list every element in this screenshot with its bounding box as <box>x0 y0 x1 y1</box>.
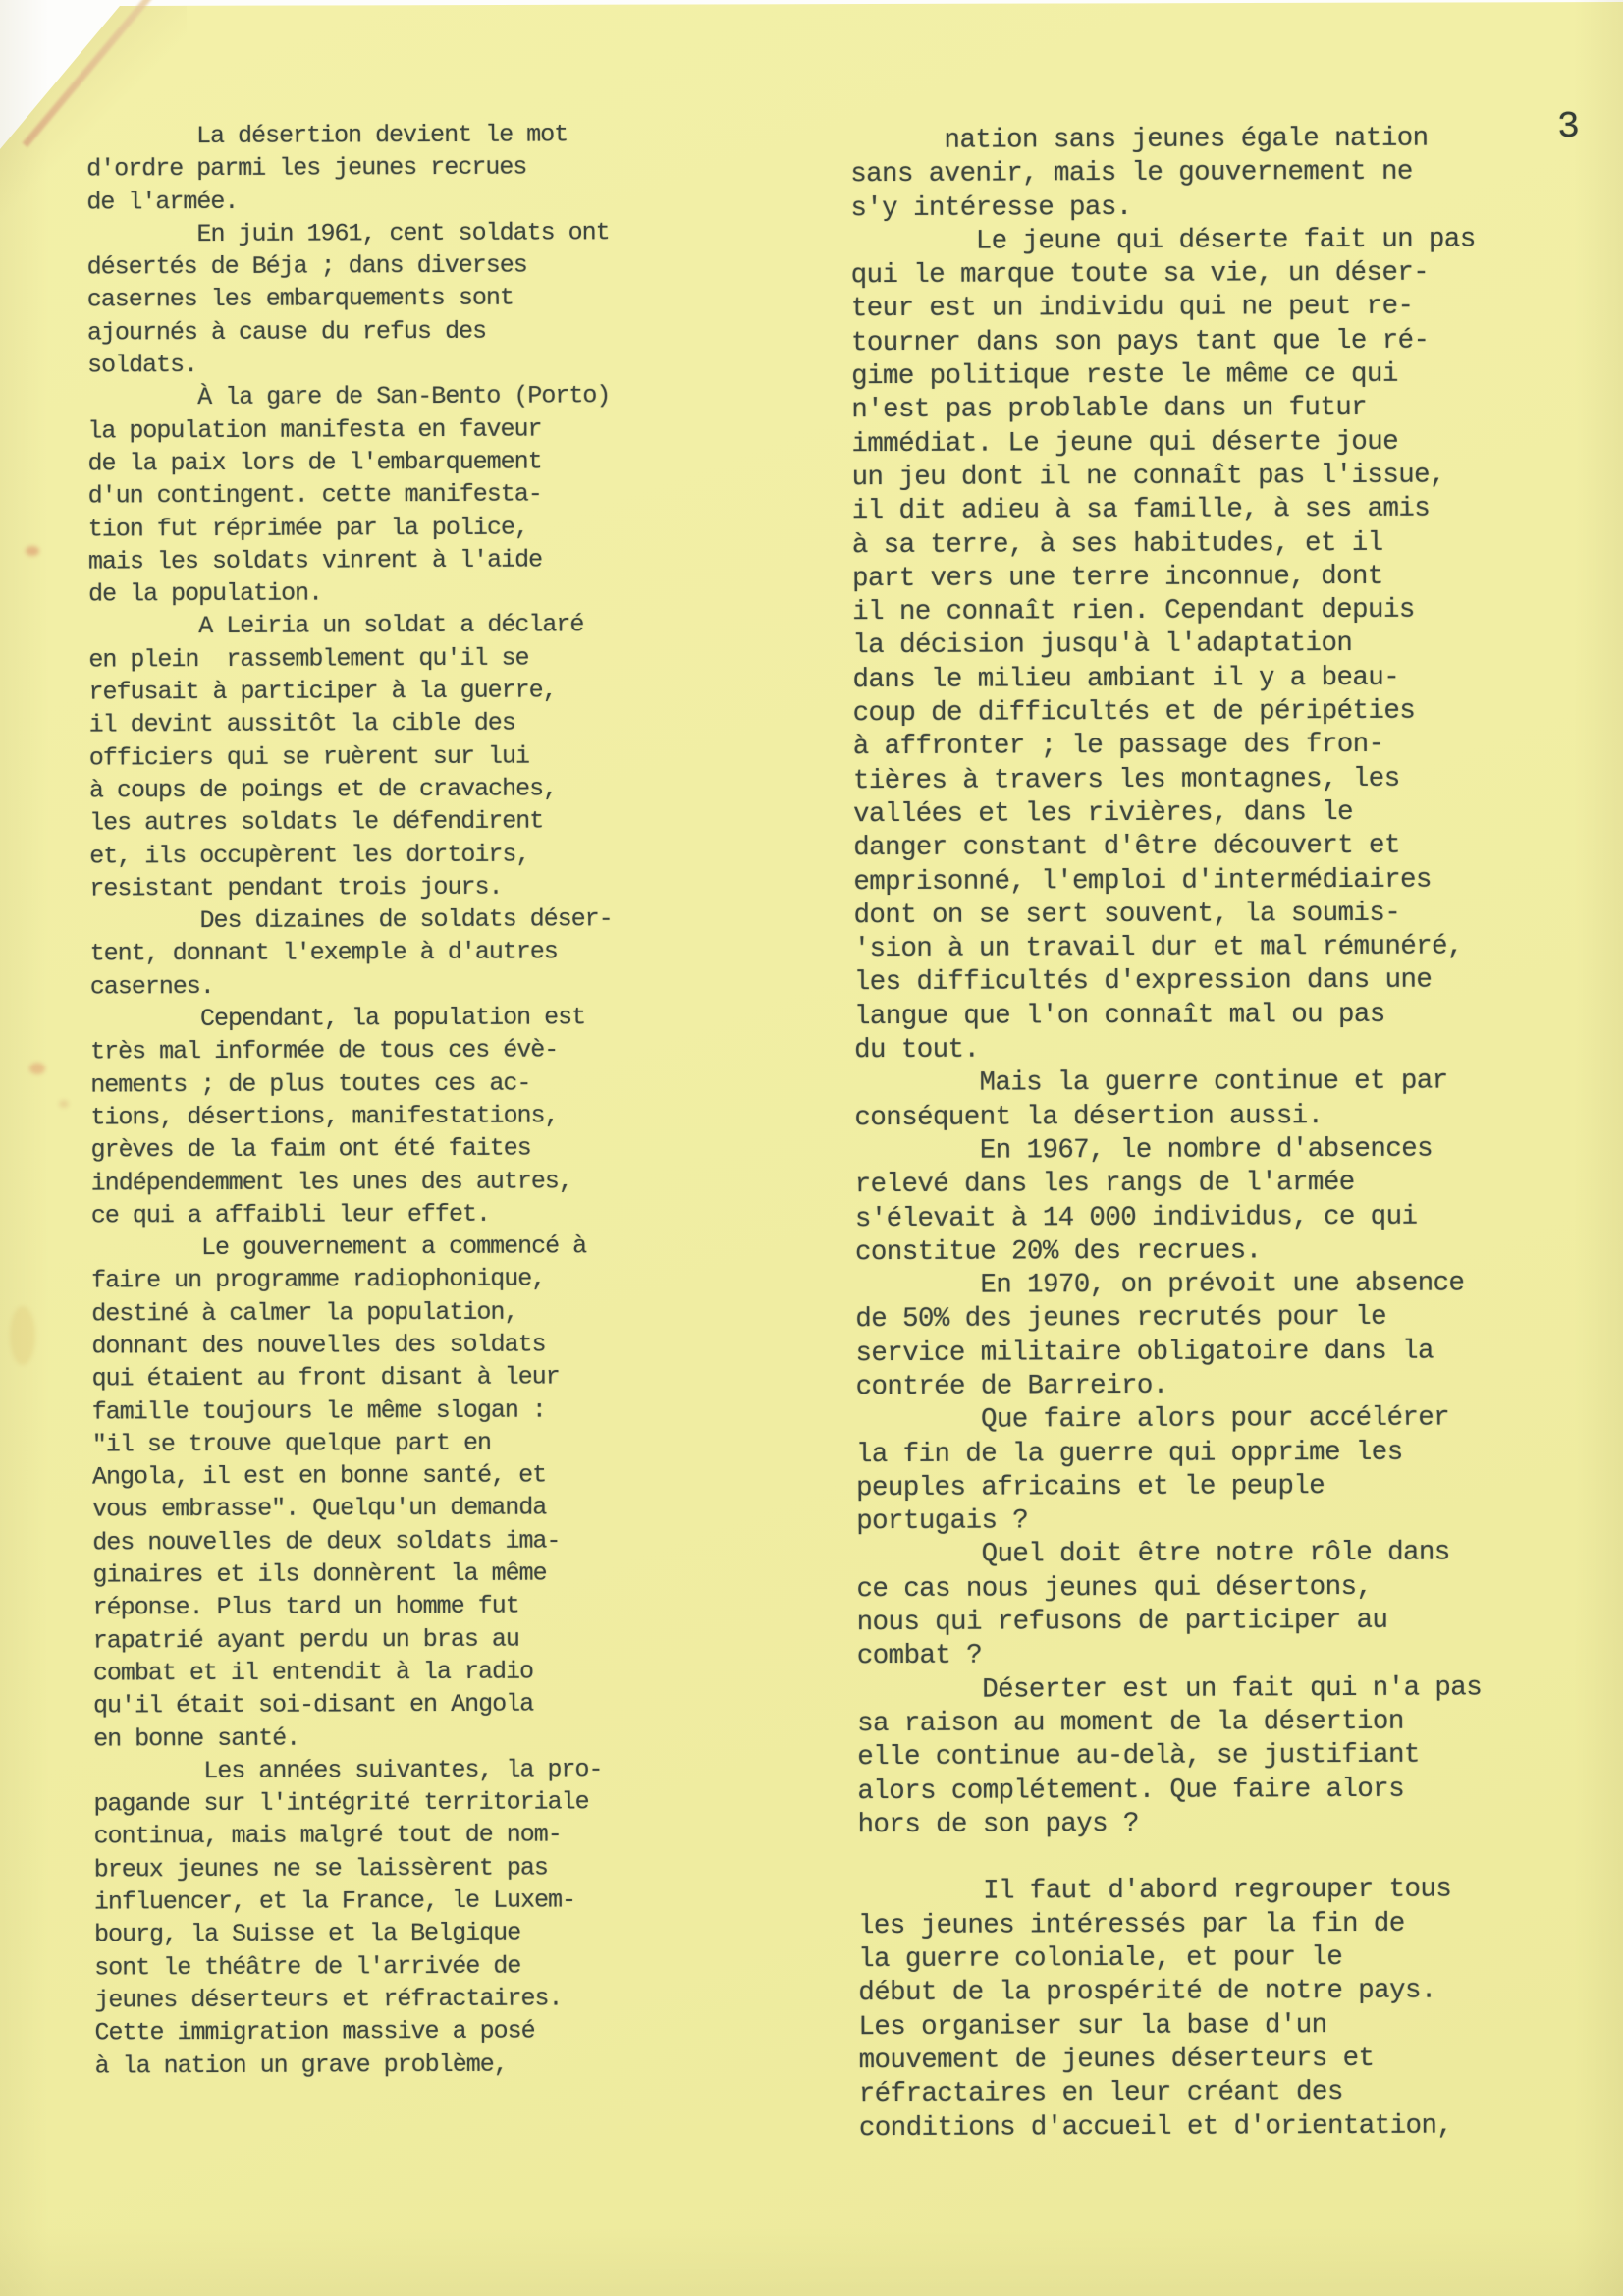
text-line: gime politique reste le même ce qui <box>851 358 1476 395</box>
text-line: combat ? <box>857 1638 1482 1674</box>
text-line: hors de son pays ? <box>858 1806 1483 1842</box>
text-line: mais les soldats vinrent à l'aide <box>88 543 611 578</box>
text-line: conséquent la désertion aussi. <box>854 1099 1479 1135</box>
text-line: ajournés à cause du refus des <box>87 314 610 350</box>
text-line: dans le milieu ambiant il y a beau- <box>852 661 1477 697</box>
text-line: grèves de la faim ont été faites <box>91 1131 614 1167</box>
text-line: qu'il était soi-disant en Angola <box>93 1688 616 1723</box>
text-line: à sa terre, à ses habitudes, et il <box>852 526 1477 563</box>
text-line: n'est pas problable dans un futur <box>851 392 1476 428</box>
text-line: qui étaient au front disant à leur <box>92 1361 615 1396</box>
text-line: constitue 20% des recrues. <box>855 1233 1480 1270</box>
text-line: désertés de Béja ; dans diverses <box>87 248 610 284</box>
text-line: les difficultés d'expression dans une <box>854 964 1479 1001</box>
text-line <box>858 1840 1483 1877</box>
text-line: jeunes déserteurs et réfractaires. <box>94 1982 617 2017</box>
text-column-right: nation sans jeunes égale nationsans aven… <box>850 122 1484 2146</box>
text-line: de 50% des jeunes recrutés pour le <box>855 1301 1480 1338</box>
text-line: A Leiria un soldat a déclaré <box>88 609 611 644</box>
scanned-document: 3 La désertion devient le motd'ordre par… <box>0 0 1623 2296</box>
text-line: les jeunes intéressés par la fin de <box>858 1907 1483 1943</box>
text-line: tions, désertions, manifestations, <box>90 1099 613 1134</box>
text-line: s'y intéresse pas. <box>850 190 1475 226</box>
text-line: conditions d'accueil et d'orientation, <box>859 2109 1484 2146</box>
text-line: Angola, il est en bonne santé, et <box>92 1458 615 1494</box>
text-line: la guerre coloniale, et pour le <box>858 1941 1483 1977</box>
text-line: donnant des nouvelles des soldats <box>91 1328 614 1363</box>
text-line: Cette immigration massive a posé <box>94 2014 617 2050</box>
text-line: Déserter est un fait qui n'a pas <box>857 1671 1482 1708</box>
text-line: s'élevait à 14 000 individus, ce qui <box>855 1200 1480 1236</box>
text-line: part vers une terre inconnue, dont <box>852 560 1477 596</box>
text-line: de la population. <box>88 575 611 611</box>
text-line: Le jeune qui déserte fait un pas <box>850 223 1475 259</box>
text-line: à affronter ; le passage des fron- <box>853 729 1478 765</box>
text-line: ce qui a affaibli leur effet. <box>91 1197 614 1232</box>
text-line: officiers qui se ruèrent sur lui <box>89 739 612 775</box>
text-line: soldats. <box>87 347 610 382</box>
text-line: immédiat. Le jeune qui déserte joue <box>851 425 1476 462</box>
text-line: sa raison au moment de la désertion <box>857 1705 1482 1741</box>
text-line: influencer, et la France, le Luxem- <box>94 1884 617 1919</box>
text-line: Mais la guerre continue et par <box>854 1066 1479 1102</box>
text-line: il ne connaît rien. Cependant depuis <box>852 594 1477 630</box>
text-line: Le gouvernement a commencé à <box>91 1230 614 1265</box>
text-line: contrée de Barreiro. <box>856 1368 1481 1404</box>
text-line: continua, mais malgré tout de nom- <box>94 1819 617 1854</box>
text-line: qui le marque toute sa vie, un déser- <box>851 257 1476 294</box>
text-line: la décision jusqu'à l'adaptation <box>852 628 1477 664</box>
text-line: combat et il entendit à la radio <box>93 1655 616 1690</box>
text-line: À la gare de San-Bento (Porto) <box>87 380 610 415</box>
text-line: des nouvelles de deux soldats ima- <box>92 1524 615 1559</box>
text-line: la population manifesta en faveur <box>87 412 610 448</box>
text-line: ce cas nous jeunes qui désertons, <box>856 1570 1481 1607</box>
text-line: mouvement de jeunes déserteurs et <box>859 2042 1484 2078</box>
text-line: tent, donnant l'exemple à d'autres <box>90 936 613 971</box>
text-line: "il se trouve quelque part en <box>92 1426 615 1461</box>
text-line: réfractaires en leur créant des <box>859 2076 1484 2112</box>
text-line: tion fut réprimée par la police, <box>88 511 611 546</box>
text-line: danger constant d'être découvert et <box>853 830 1478 866</box>
text-line: sans avenir, mais le gouvernement ne <box>850 156 1475 192</box>
text-line: peuples africains et le peuple <box>856 1469 1481 1505</box>
text-line: très mal informée de tous ces évè- <box>90 1034 613 1069</box>
text-line: d'ordre parmi les jeunes recrues <box>86 151 609 187</box>
text-line: dont on se sert souvent, la soumis- <box>853 897 1478 933</box>
text-line: bourg, la Suisse et la Belgique <box>94 1917 617 1952</box>
text-line: pagande sur l'intégrité territoriale <box>93 1785 616 1821</box>
text-line: en plein rassemblement qu'il se <box>88 641 611 677</box>
text-line: 'sion à un travail dur et mal rémunéré, <box>854 931 1479 967</box>
text-line: de l'armée. <box>86 184 609 219</box>
text-line: réponse. Plus tard un homme fut <box>93 1590 616 1625</box>
text-line: destiné à calmer la population, <box>91 1295 614 1331</box>
text-line: La désertion devient le mot <box>86 118 609 153</box>
text-line: resistant pendant trois jours. <box>89 870 612 905</box>
text-line: emprisonné, l'emploi d'intermédiaires <box>853 863 1478 900</box>
text-line: sont le théâtre de l'arrivée de <box>94 1949 617 1985</box>
text-line: portugais ? <box>856 1503 1481 1540</box>
text-line: elle continue au-delà, se justifiant <box>857 1739 1482 1776</box>
text-line: vallées et les rivières, dans le <box>853 795 1478 832</box>
text-line: faire un programme radiophonique, <box>91 1263 614 1298</box>
text-line: casernes les embarquements sont <box>87 282 610 317</box>
text-line: en bonne santé. <box>93 1721 616 1756</box>
text-line: les autres soldats le défendirent <box>89 805 612 841</box>
text-line: de la paix lors de l'embarquement <box>87 445 610 480</box>
text-line: vous embrasse". Quelqu'un demanda <box>92 1492 615 1527</box>
text-line: alors complétement. Que faire alors <box>857 1773 1482 1809</box>
text-line: famille toujours le même slogan : <box>92 1394 615 1429</box>
text-line: il dit adieu à sa famille, à ses amis <box>852 493 1477 529</box>
text-line: nements ; de plus toutes ces ac- <box>90 1066 613 1102</box>
text-line: Les organiser sur la base d'un <box>858 2008 1483 2045</box>
text-line: il devint aussitôt la cible des <box>89 707 612 742</box>
text-column-left: La désertion devient le motd'ordre parmi… <box>86 118 618 2082</box>
text-line: un jeu dont il ne connaît pas l'issue, <box>852 459 1477 495</box>
text-line: teur est un individu qui ne peut re- <box>851 291 1476 327</box>
text-line: Que faire alors pour accélérer <box>856 1402 1481 1439</box>
text-line: nation sans jeunes égale nation <box>850 122 1475 158</box>
text-line: rapatrié ayant perdu un bras au <box>93 1622 616 1658</box>
text-line: En 1970, on prévoit une absence <box>855 1268 1480 1304</box>
text-line: En juin 1961, cent soldats ont <box>86 216 609 251</box>
text-line: relevé dans les rangs de l'armée <box>855 1167 1480 1203</box>
text-line: indépendemment les unes des autres, <box>91 1165 614 1200</box>
text-line: ginaires et ils donnèrent la même <box>92 1557 615 1592</box>
text-line: et, ils occupèrent les dortoirs, <box>89 838 612 873</box>
text-line: langue que l'on connaît mal ou pas <box>854 998 1479 1034</box>
text-line: Cependant, la population est <box>90 1001 613 1036</box>
text-line: casernes. <box>90 968 613 1004</box>
text-line: Des dizaines de soldats déser- <box>89 902 612 938</box>
text-line: tières à travers les montagnes, les <box>853 762 1478 798</box>
text-line: service militaire obligatoire dans la <box>855 1335 1480 1371</box>
text-line: à la nation un grave problème, <box>95 2048 618 2083</box>
text-line: coup de difficultés et de péripéties <box>853 694 1478 731</box>
text-line: Les années suivantes, la pro- <box>93 1753 616 1788</box>
text-line: breux jeunes ne se laissèrent pas <box>94 1851 617 1886</box>
typewritten-text: 3 La désertion devient le motd'ordre par… <box>0 0 1623 2296</box>
text-line: la fin de la guerre qui opprime les <box>856 1436 1481 1472</box>
text-line: début de la prospérité de notre pays. <box>858 1975 1483 2011</box>
text-line: Quel doit être notre rôle dans <box>856 1537 1481 1573</box>
text-line: nous qui refusons de participer au <box>857 1604 1482 1640</box>
text-line: tourner dans son pays tant que le ré- <box>851 324 1476 360</box>
text-line: refusait à participer à la guerre, <box>88 674 611 709</box>
text-line: d'un contingent. cette manifesta- <box>88 478 611 514</box>
text-line: Il faut d'abord regrouper tous <box>858 1874 1483 1910</box>
text-line: à coups de poings et de cravaches, <box>89 772 612 807</box>
text-line: En 1967, le nombre d'absences <box>855 1132 1480 1169</box>
text-line: du tout. <box>854 1031 1479 1067</box>
page-number: 3 <box>1556 106 1580 149</box>
